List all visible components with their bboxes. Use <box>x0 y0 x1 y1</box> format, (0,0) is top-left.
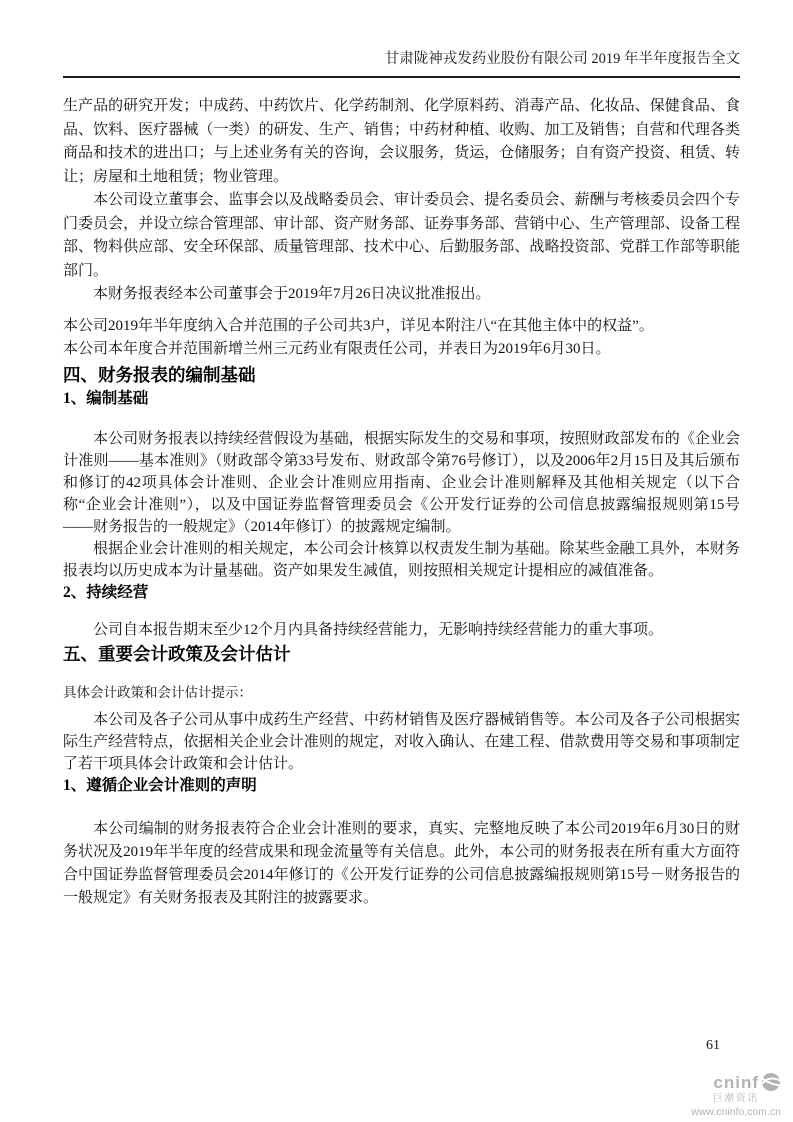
page-content: 甘肃陇神戎发药业股份有限公司 2019 年半年度报告全文 生产品的研究开发；中成… <box>63 0 740 910</box>
cninfo-logo: cninf 巨潮资讯 www.cninfo.com.cn <box>691 1072 781 1117</box>
section5-sub1-title: 1、遵循企业会计准则的声明 <box>63 775 740 797</box>
cninfo-url: www.cninfo.com.cn <box>691 1107 781 1118</box>
consolidation-scope-block: 本公司2019年半年度纳入合并范围的子公司共3户，详见本附注八“在其他主体中的权… <box>63 315 740 362</box>
intro-block: 生产品的研究开发；中成药、中药饮片、化学药制剂、化学原料药、消毒产品、化妆品、保… <box>63 95 740 307</box>
section4-sub1-title: 1、编制基础 <box>63 388 740 410</box>
paragraph-compliance-statement: 本公司编制的财务报表符合企业会计准则的要求，真实、完整地反映了本公司2019年6… <box>63 818 740 910</box>
section5-title: 五、重要会计政策及会计估计 <box>63 641 740 667</box>
paragraph-consolidation-scope-1: 本公司2019年半年度纳入合并范围的子公司共3户，详见本附注八“在其他主体中的权… <box>63 315 740 339</box>
cninfo-swirl-icon <box>761 1072 781 1092</box>
paragraph-approval-statement: 本财务报表经本公司董事会于2019年7月26日决议批准报出。 <box>63 283 740 307</box>
section4-title: 四、财务报表的编制基础 <box>63 362 740 388</box>
cninfo-brand-text: cninf <box>713 1074 759 1091</box>
page-number: 61 <box>706 1038 720 1054</box>
page-header: 甘肃陇神戎发药业股份有限公司 2019 年半年度报告全文 <box>63 0 740 78</box>
paragraph-preparation-basis-2: 根据企业会计准则的相关规定，本公司会计核算以权责发生制为基础。除某些金融工具外，… <box>63 538 740 582</box>
cninfo-chinese-name: 巨潮资讯 <box>691 1094 781 1104</box>
paragraph-consolidation-scope-2: 本公司本年度合并范围新增兰州三元药业有限责任公司，并表日为2019年6月30日。 <box>63 338 740 362</box>
cninfo-logo-row: cninf <box>691 1072 781 1092</box>
paragraph-committees: 本公司设立董事会、监事会以及战略委员会、审计委员会、提名委员会、薪酬与考核委员会… <box>63 189 740 283</box>
paragraph-accounting-policy: 本公司及各子公司从事中成药生产经营、中药材销售及医疗器械销售等。本公司及各子公司… <box>63 709 740 775</box>
accounting-policy-note: 具体会计政策和会计估计提示： <box>63 684 740 702</box>
paragraph-business-scope-continuation: 生产品的研究开发；中成药、中药饮片、化学药制剂、化学原料药、消毒产品、化妆品、保… <box>63 95 740 189</box>
report-page: 甘肃陇神戎发药业股份有限公司 2019 年半年度报告全文 生产品的研究开发；中成… <box>0 0 793 1122</box>
section4-sub2-title: 2、持续经营 <box>63 582 740 604</box>
paragraph-preparation-basis-1: 本公司财务报表以持续经营假设为基础，根据实际发生的交易和事项，按照财政部发布的《… <box>63 428 740 538</box>
header-title: 甘肃陇神戎发药业股份有限公司 2019 年半年度报告全文 <box>385 51 740 67</box>
paragraph-going-concern: 公司自本报告期末至少12个月内具备持续经营能力，无影响持续经营能力的重大事项。 <box>63 619 740 641</box>
